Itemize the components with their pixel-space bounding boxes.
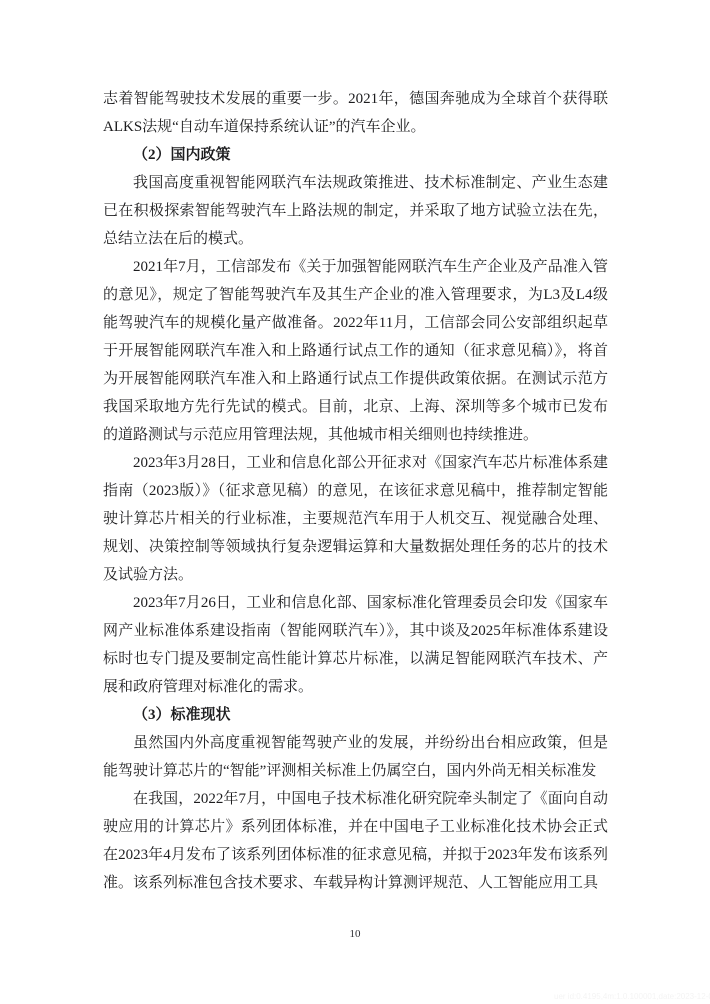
text-line: 能驾驶汽车的规模化量产做准备。2022年11月，工信部会同公安部组织起草的《关	[103, 309, 608, 337]
text-line: 规划、决策控制等领域执行复杂逻辑运算和大量数据处理任务的芯片的技术要求	[103, 533, 608, 561]
text-line: 虽然国内外高度重视智能驾驶产业的发展，并纷纷出台相应政策，但是在智	[103, 729, 608, 757]
text-line: 2023年3月28日，工业和信息化部公开征求对《国家汽车芯片标准体系建设	[103, 449, 608, 477]
text-line: 驶计算芯片相关的行业标准，主要规范汽车用于人机交互、视觉融合处理、智能	[103, 505, 608, 533]
text-line: 我国高度重视智能网联汽车法规政策推进、技术标准制定、产业生态建设，	[103, 169, 608, 197]
text-line: 2023年7月26日，工业和信息化部、国家标准化管理委员会印发《国家车联	[103, 589, 608, 617]
text-line: 指南（2023版）》（征求意见稿）的意见，在该征求意见稿中，推荐制定智能驾	[103, 477, 608, 505]
text-line: 的意见》，规定了智能驾驶汽车及其生产企业的准入管理要求，为L3及L4级智	[103, 281, 608, 309]
text-line: 为开展智能网联汽车准入和上路通行试点工作提供政策依据。在测试示范方面，	[103, 365, 608, 393]
text-line: 驶应用的计算芯片》系列团体标准，并在中国电子工业标准化技术协会正式立项，	[103, 813, 608, 841]
text-line: 在我国，2022年7月，中国电子技术标准化研究院牵头制定了《面向自动驾	[103, 785, 608, 813]
text-line: 志着智能驾驶技术发展的重要一步。2021年，德国奔驰成为全球首个获得联合国	[103, 85, 608, 113]
text-line: 展和政府管理对标准化的需求。	[103, 673, 608, 701]
text-line: ALKS法规“自动车道保持系统认证”的汽车企业。	[103, 113, 608, 141]
text-line: 标时也专门提及要制定高性能计算芯片标准，以满足智能网联汽车技术、产业发	[103, 645, 608, 673]
text-line: 能驾驶计算芯片的“智能”评测相关标准上仍属空白，国内外尚无相关标准发布。	[103, 757, 608, 785]
document-page: 志着智能驾驶技术发展的重要一步。2021年，德国奔驰成为全球首个获得联合国ALK…	[0, 0, 710, 1004]
text-line: 网产业标准体系建设指南（智能网联汽车）》，其中谈及2025年标准体系建设目	[103, 617, 608, 645]
text-line: 在2023年4月发布了该系列团体标准的征求意见稿，并拟于2023年发布该系列标	[103, 841, 608, 869]
text-line: 的道路测试与示范应用管理法规，其他城市相关细则也持续推进。	[103, 421, 608, 449]
text-line: 已在积极探索智能驾驶汽车上路法规的制定，并采取了地方试验立法在先，中央	[103, 197, 608, 225]
text-line: 及试验方法。	[103, 561, 608, 589]
watermark-text: uer id:0.4195,4m:1.0.100001,date:2023-12…	[554, 992, 710, 1002]
text-line: 于开展智能网联汽车准入和上路通行试点工作的通知（征求意见稿）》，将首次	[103, 337, 608, 365]
document-text-block: 志着智能驾驶技术发展的重要一步。2021年，德国奔驰成为全球首个获得联合国ALK…	[103, 85, 608, 897]
text-line: 总结立法在后的模式。	[103, 225, 608, 253]
section-heading: （2）国内政策	[103, 141, 608, 169]
page-number: 10	[0, 928, 710, 940]
text-line: 我国采取地方先行先试的模式。目前，北京、上海、深圳等多个城市已发布相关	[103, 393, 608, 421]
text-line: 准。该系列标准包含技术要求、车载异构计算测评规范、人工智能应用工具链、	[103, 869, 608, 897]
text-line: 2021年7月，工信部发布《关于加强智能网联汽车生产企业及产品准入管理	[103, 253, 608, 281]
section-heading: （3）标准现状	[103, 701, 608, 729]
